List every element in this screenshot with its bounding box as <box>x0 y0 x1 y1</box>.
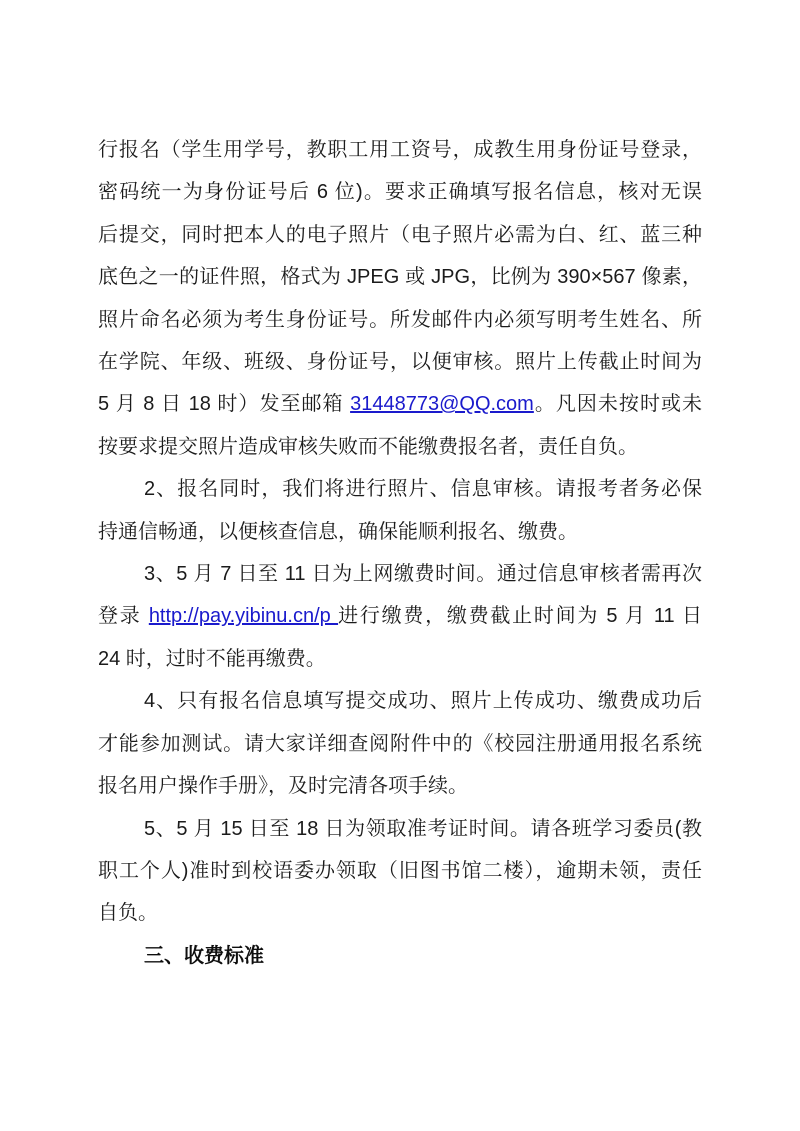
text-segment: 4、只有报名信息填写提交成功、照片上传成功、缴费成功后 <box>144 690 702 712</box>
document-page: 行报名（学生用学号，教职工用工资号，成教生用身份证号登录，密码统一为身份证号后 … <box>0 0 800 1131</box>
text-segment: 5 月 8 日 18 时）发至邮箱 <box>98 393 350 415</box>
text-segment: 后提交，同时把本人的电子照片（电子照片必需为白、红、蓝三种 <box>98 224 702 246</box>
payment-url-link[interactable]: http://pay.yibinu.cn/p <box>149 605 338 627</box>
text-segment: 3、5 月 7 日至 11 日为上网缴费时间。通过信息审核者需再次 <box>144 563 702 585</box>
text-segment: 登录 <box>98 605 149 627</box>
text-segment: 在学院、年级、班级、身份证号，以便审核。照片上传截止时间为 <box>98 351 702 373</box>
text-line: 5 月 8 日 18 时）发至邮箱 31448773@QQ.com。凡因未按时或… <box>98 383 702 425</box>
text-line: 底色之一的证件照，格式为 JPEG 或 JPG，比例为 390×567 像素， <box>98 256 702 298</box>
text-line: 登录 http://pay.yibinu.cn/p 进行缴费，缴费截止时间为 5… <box>98 595 702 637</box>
text-line: 密码统一为身份证号后 6 位)。要求正确填写报名信息，核对无误 <box>98 171 702 213</box>
text-segment: 按要求提交照片造成审核失败而不能缴费报名者，责任自负。 <box>98 436 638 458</box>
text-segment: 。凡因未按时或未 <box>534 393 702 415</box>
text-line: 持通信畅通，以便核查信息，确保能顺利报名、缴费。 <box>98 511 702 553</box>
text-segment: 24 时，过时不能再缴费。 <box>98 648 326 670</box>
text-line: 才能参加测试。请大家详细查阅附件中的《校园注册通用报名系统 <box>98 723 702 765</box>
text-segment: 进行缴费，缴费截止时间为 5 月 11 日 <box>338 605 702 627</box>
text-segment: 2、报名同时，我们将进行照片、信息审核。请报考者务必保 <box>144 478 702 500</box>
text-segment: 职工个人)准时到校语委办领取（旧图书馆二楼），逾期未领，责任 <box>98 860 702 882</box>
text-line: 后提交，同时把本人的电子照片（电子照片必需为白、红、蓝三种 <box>98 214 702 256</box>
email-link[interactable]: 31448773@QQ.com <box>350 393 534 415</box>
text-line: 行报名（学生用学号，教职工用工资号，成教生用身份证号登录， <box>98 129 702 171</box>
text-line: 按要求提交照片造成审核失败而不能缴费报名者，责任自负。 <box>98 426 702 468</box>
paragraphs-container: 行报名（学生用学号，教职工用工资号，成教生用身份证号登录，密码统一为身份证号后 … <box>98 129 702 935</box>
text-segment: 持通信畅通，以便核查信息，确保能顺利报名、缴费。 <box>98 521 578 543</box>
text-line: 自负。 <box>98 892 702 934</box>
text-segment: 才能参加测试。请大家详细查阅附件中的《校园注册通用报名系统 <box>98 733 702 755</box>
text-segment: 自负。 <box>98 902 158 924</box>
text-line: 3、5 月 7 日至 11 日为上网缴费时间。通过信息审核者需再次 <box>98 553 702 595</box>
text-segment: 5、5 月 15 日至 18 日为领取准考证时间。请各班学习委员(教 <box>144 818 702 840</box>
text-segment: 密码统一为身份证号后 6 位)。要求正确填写报名信息，核对无误 <box>98 181 702 203</box>
text-segment: 照片命名必须为考生身份证号。所发邮件内必须写明考生姓名、所 <box>98 309 702 331</box>
text-line: 2、报名同时，我们将进行照片、信息审核。请报考者务必保 <box>98 468 702 510</box>
text-line: 职工个人)准时到校语委办领取（旧图书馆二楼），逾期未领，责任 <box>98 850 702 892</box>
text-line: 4、只有报名信息填写提交成功、照片上传成功、缴费成功后 <box>98 680 702 722</box>
text-line: 在学院、年级、班级、身份证号，以便审核。照片上传截止时间为 <box>98 341 702 383</box>
text-line: 24 时，过时不能再缴费。 <box>98 638 702 680</box>
section-heading: 三、收费标准 <box>98 935 702 977</box>
text-line: 照片命名必须为考生身份证号。所发邮件内必须写明考生姓名、所 <box>98 299 702 341</box>
text-line: 5、5 月 15 日至 18 日为领取准考证时间。请各班学习委员(教 <box>98 808 702 850</box>
text-segment: 底色之一的证件照，格式为 JPEG 或 JPG，比例为 390×567 像素， <box>98 266 702 288</box>
document-body: 行报名（学生用学号，教职工用工资号，成教生用身份证号登录，密码统一为身份证号后 … <box>98 129 702 977</box>
text-segment: 报名用户操作手册》，及时完清各项手续。 <box>98 775 468 797</box>
text-segment: 行报名（学生用学号，教职工用工资号，成教生用身份证号登录， <box>98 139 702 161</box>
text-line: 报名用户操作手册》，及时完清各项手续。 <box>98 765 702 807</box>
